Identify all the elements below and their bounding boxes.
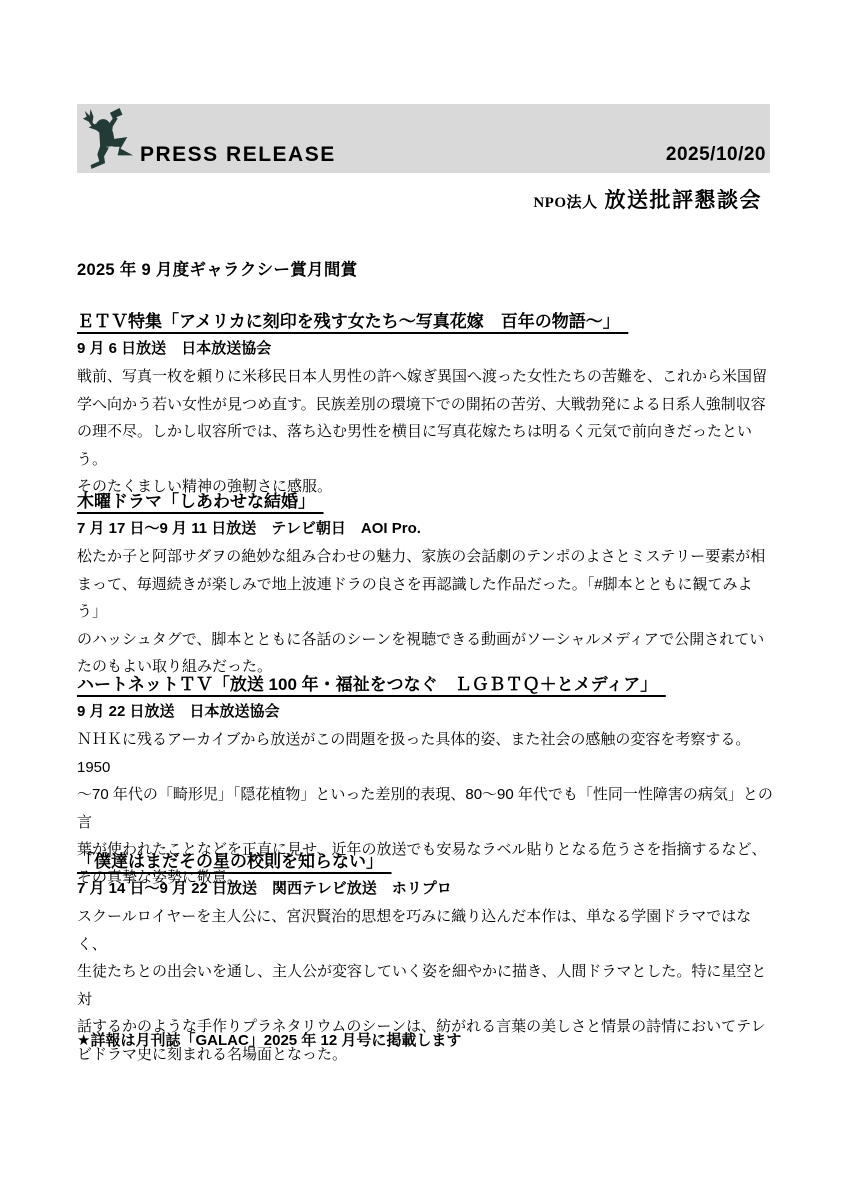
section-heading: 「僕達はまだその星の校則を知らない」 <box>77 848 775 875</box>
broadcast-meta: 9 月 22 日放送 日本放送協会 <box>77 699 775 725</box>
section-heading: ハートネットＴＶ「放送 100 年・福祉をつなぐ ＬＧＢＴＱ＋とメディア」 <box>77 671 775 698</box>
section-heading-text: 木曜ドラマ「しあわせな結婚」 <box>77 492 324 511</box>
broadcast-meta: 7 月 14 日～9 月 22 日放送 関西テレビ放送 ホリプロ <box>77 876 775 902</box>
section-heading-text: ＥＴＶ特集「アメリカに刻印を残す女たち～写真花嫁 百年の物語～」 <box>77 312 628 331</box>
section-heading: 木曜ドラマ「しあわせな結婚」 <box>77 488 775 515</box>
dancing-figure-icon <box>78 106 136 170</box>
broadcast-meta: 7 月 17 日～9 月 11 日放送 テレビ朝日 AOI Pro. <box>77 516 775 542</box>
organization-line: NPO法人 放送批評懇談会 <box>533 184 762 214</box>
press-release-label: PRESS RELEASE <box>140 143 336 167</box>
org-name: 放送批評懇談会 <box>605 184 763 214</box>
section-body: 戦前、写真一枚を頼りに米移民日本人男性の許へ嫁ぎ異国へ渡った女性たちの苦難を、こ… <box>77 363 775 501</box>
section-body: 松たか子と阿部サダヲの絶妙な組み合わせの魅力、家族の会話劇のテンポのよさとミステ… <box>77 543 775 681</box>
award-section-thursday-drama: 木曜ドラマ「しあわせな結婚」 7 月 17 日～9 月 11 日放送 テレビ朝日… <box>77 488 775 681</box>
broadcast-meta: 9 月 6 日放送 日本放送協会 <box>77 336 775 362</box>
press-release-banner: PRESS RELEASE 2025/10/20 <box>77 104 770 173</box>
page-title: 2025 年 9 月度ギャラクシー賞月間賞 <box>77 256 357 280</box>
release-date: 2025/10/20 <box>666 144 766 166</box>
section-heading-text: 「僕達はまだその星の校則を知らない」 <box>77 852 392 871</box>
org-type-label: NPO法人 <box>533 191 597 212</box>
section-heading-text: ハートネットＴＶ「放送 100 年・福祉をつなぐ ＬＧＢＴＱ＋とメディア」 <box>77 675 666 694</box>
award-section-etv-special: ＥＴＶ特集「アメリカに刻印を残す女たち～写真花嫁 百年の物語～」 9 月 6 日… <box>77 308 775 501</box>
press-release-page: PRESS RELEASE 2025/10/20 NPO法人 放送批評懇談会 2… <box>0 0 849 1200</box>
section-heading: ＥＴＶ特集「アメリカに刻印を残す女たち～写真花嫁 百年の物語～」 <box>77 308 775 335</box>
footer-note: ★詳報は月刊誌「GALAC」2025 年 12 月号に掲載します <box>77 1029 461 1050</box>
